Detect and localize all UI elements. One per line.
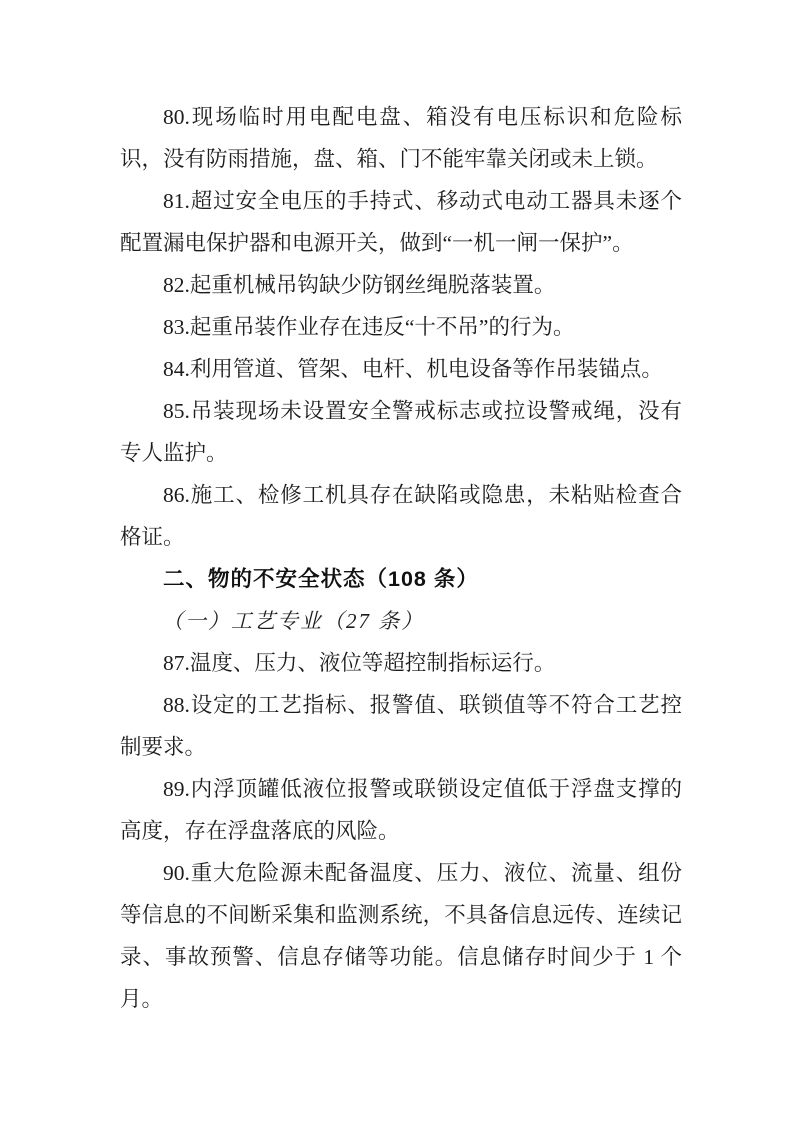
- item-82: 82.起重机械吊钩缺少防钢丝绳脱落装置。: [120, 264, 682, 306]
- item-86: 86.施工、检修工机具存在缺陷或隐患，未粘贴检查合格证。: [120, 474, 682, 558]
- document-page: 80.现场临时用电配电盘、箱没有电压标识和危险标识，没有防雨措施，盘、箱、门不能…: [0, 0, 800, 1131]
- document-body: 80.现场临时用电配电盘、箱没有电压标识和危险标识，没有防雨措施，盘、箱、门不能…: [120, 96, 682, 1020]
- item-85: 85.吊装现场未设置安全警戒标志或拉设警戒绳，没有专人监护。: [120, 390, 682, 474]
- item-88: 88.设定的工艺指标、报警值、联锁值等不符合工艺控制要求。: [120, 684, 682, 768]
- section-heading: 二、物的不安全状态（108 条）: [120, 558, 682, 600]
- item-81: 81.超过安全电压的手持式、移动式电动工器具未逐个配置漏电保护器和电源开关，做到…: [120, 180, 682, 264]
- item-84: 84.利用管道、管架、电杆、机电设备等作吊装锚点。: [120, 348, 682, 390]
- item-90: 90.重大危险源未配备温度、压力、液位、流量、组份等信息的不间断采集和监测系统，…: [120, 852, 682, 1020]
- item-83: 83.起重吊装作业存在违反“十不吊”的行为。: [120, 306, 682, 348]
- subsection-heading: （一）工艺专业（27 条）: [120, 600, 682, 642]
- item-87: 87.温度、压力、液位等超控制指标运行。: [120, 642, 682, 684]
- item-80: 80.现场临时用电配电盘、箱没有电压标识和危险标识，没有防雨措施，盘、箱、门不能…: [120, 96, 682, 180]
- item-89: 89.内浮顶罐低液位报警或联锁设定值低于浮盘支撑的高度，存在浮盘落底的风险。: [120, 768, 682, 852]
